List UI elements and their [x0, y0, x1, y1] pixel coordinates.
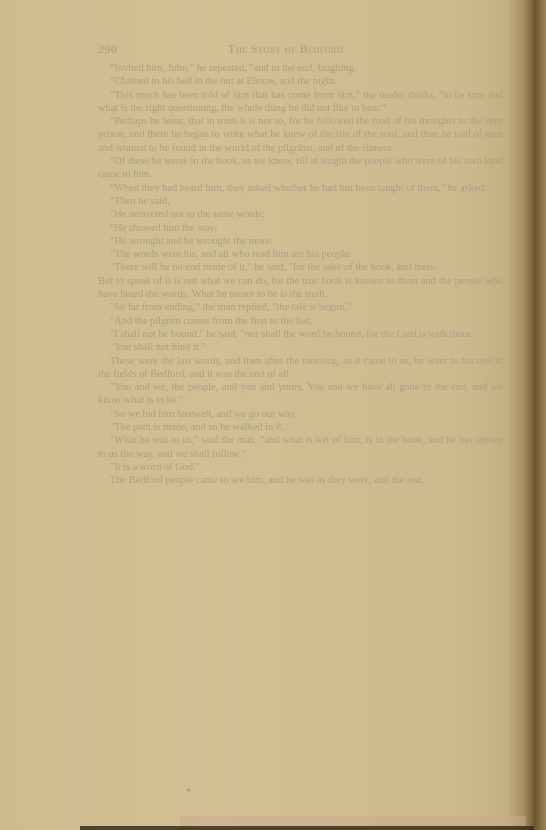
paragraph: "The words were his, and all who read hi…	[98, 248, 503, 261]
paragraph: "Of these he wrote in the book, as we kn…	[98, 155, 503, 182]
body-text: "Invited him, John," he repeated, "and t…	[98, 62, 503, 488]
paragraph: "So we bid him farewell, and we go our w…	[98, 408, 503, 421]
page-bottom-edge	[80, 826, 534, 830]
book-page: 290 The Story of Bedford "Invited him, J…	[0, 0, 546, 830]
paragraph: "You and we, the people, and you and you…	[98, 381, 503, 408]
paragraph: "The path is made, and so he walked in i…	[98, 421, 503, 434]
paragraph: "When they had heard him, they asked whe…	[98, 182, 503, 195]
paragraph: "Then he said,	[98, 195, 503, 208]
paragraph: "What he was to us," said the man, "and …	[98, 434, 503, 461]
running-head-title: The Story of Bedford	[228, 42, 343, 57]
paragraph: "Perhaps he went, that in truth it is no…	[98, 115, 503, 155]
page-edge-tint	[180, 816, 526, 826]
paragraph: "I shall not be bound," he said, "nor sh…	[98, 328, 503, 341]
running-head: 290 The Story of Bedford	[98, 42, 503, 58]
paragraph: The Bedford people came to see him, and …	[98, 474, 503, 487]
paragraph: "It is a word of God."	[98, 461, 503, 474]
paragraph: But to speak of it is not what we can do…	[98, 275, 503, 302]
paragraph: "Chained to his bed in the hut at Elstow…	[98, 75, 503, 88]
paragraph: These were the last words, and then afte…	[98, 355, 503, 382]
paragraph: "This much has been told of him that has…	[98, 89, 503, 116]
paragraph: "So far from ending," the man replied, "…	[98, 301, 503, 314]
paragraph: "Invited him, John," he repeated, "and t…	[98, 62, 503, 75]
paragraph: "You shall not bind it."	[98, 341, 503, 354]
paragraph: "He answered not to the same words;	[98, 208, 503, 221]
footer-mark: *	[186, 787, 191, 798]
paragraph: "He showed him the way;	[98, 222, 503, 235]
paragraph: "He wrought and he wrought the more.	[98, 235, 503, 248]
paragraph: "There will be no end made of it," he sa…	[98, 261, 503, 274]
page-number: 290	[98, 42, 118, 57]
paragraph: "And the pilgrim comes from the first to…	[98, 315, 503, 328]
